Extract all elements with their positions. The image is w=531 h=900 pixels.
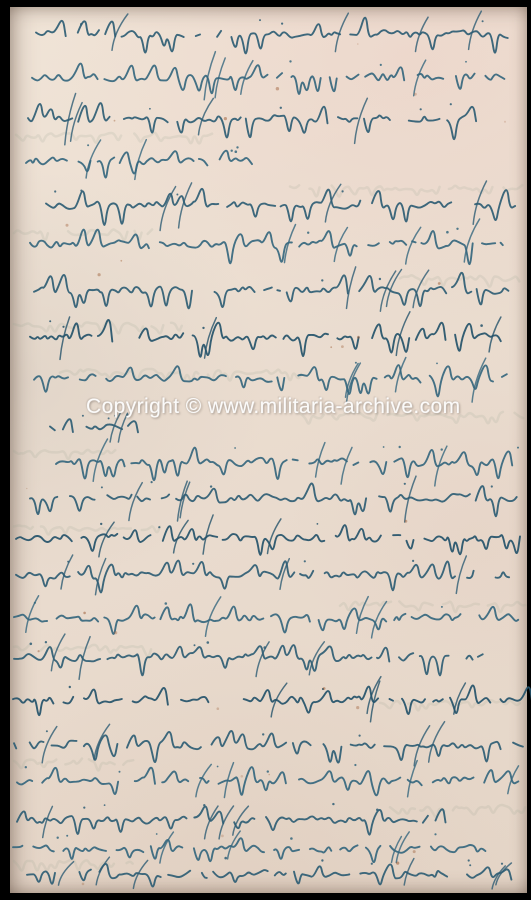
ink-dot xyxy=(341,345,344,348)
ink-dot xyxy=(263,646,266,649)
ink-dot xyxy=(236,146,238,148)
ink-dot xyxy=(280,107,282,109)
ink-dot xyxy=(235,150,238,153)
ink-dot xyxy=(80,190,82,192)
ink-dot xyxy=(359,735,361,737)
ink-dot xyxy=(446,231,449,234)
ink-stroke xyxy=(380,271,395,311)
ink-stroke xyxy=(473,181,486,224)
ink-stroke xyxy=(16,561,509,593)
ink-dot xyxy=(234,447,236,449)
ink-stroke xyxy=(50,419,138,432)
ink-stroke xyxy=(228,831,241,859)
ink-dot xyxy=(404,483,406,485)
ink-dot xyxy=(413,850,416,853)
ink-dot xyxy=(290,837,293,840)
ink-stroke xyxy=(309,642,324,675)
ink-dot xyxy=(87,144,89,146)
ink-dot xyxy=(399,446,401,448)
ink-dot xyxy=(83,807,85,809)
ink-dot xyxy=(501,863,503,865)
ink-dot xyxy=(330,346,332,348)
ink-dot xyxy=(434,833,436,835)
ink-dot xyxy=(100,523,102,525)
ink-dot xyxy=(158,526,160,528)
ink-dot xyxy=(25,766,27,768)
ink-dot xyxy=(517,447,519,449)
ink-stroke xyxy=(26,596,39,633)
ink-stroke xyxy=(129,483,142,521)
ink-stroke xyxy=(79,637,90,680)
ink-dot xyxy=(202,327,204,329)
ink-dot xyxy=(379,278,381,280)
ink-stroke xyxy=(135,140,147,180)
ink-dot xyxy=(156,833,158,835)
ink-dot xyxy=(268,774,270,776)
ink-dot xyxy=(465,61,467,63)
ink-stroke xyxy=(390,805,525,817)
ink-dot xyxy=(80,23,82,25)
ink-dot xyxy=(114,120,116,122)
ink-dot xyxy=(210,485,212,487)
ink-stroke xyxy=(219,806,233,839)
ink-dot xyxy=(26,488,27,489)
ink-stroke xyxy=(160,187,176,231)
ink-dot xyxy=(34,602,36,604)
ink-dot xyxy=(276,87,279,90)
ink-stroke xyxy=(32,64,504,94)
ink-dot xyxy=(380,64,382,66)
ink-dot xyxy=(66,835,68,837)
ink-dot xyxy=(49,320,51,322)
ink-dot xyxy=(203,804,205,806)
ink-dot xyxy=(241,775,244,778)
ink-stroke xyxy=(341,447,352,484)
ink-dot xyxy=(289,60,291,62)
ink-dot xyxy=(217,766,219,768)
ink-stroke xyxy=(46,189,515,225)
ink-dot xyxy=(69,686,71,688)
ink-dot xyxy=(66,224,69,227)
ink-stroke xyxy=(429,722,445,762)
ink-dot xyxy=(469,864,471,866)
ink-dot xyxy=(165,602,168,605)
ink-stroke xyxy=(17,806,446,834)
ink-dot xyxy=(82,883,85,886)
foxing-specks xyxy=(26,43,506,885)
ink-stroke xyxy=(203,515,213,554)
ink-dot xyxy=(82,415,84,417)
ink-dot xyxy=(441,448,443,450)
ink-dot xyxy=(262,733,264,735)
ink-dot xyxy=(62,326,64,328)
ink-dot xyxy=(304,560,306,562)
ink-dot xyxy=(323,687,326,690)
handwriting-ink-layer xyxy=(0,0,531,900)
ink-dot xyxy=(321,279,323,281)
ink-dot xyxy=(357,43,359,45)
letter-scan: Copyright © www.militaria-archive.com xyxy=(0,0,531,900)
ink-dot xyxy=(192,563,194,565)
ink-dot xyxy=(342,190,344,192)
ink-dot xyxy=(224,857,227,860)
ink-dot xyxy=(45,641,47,643)
ink-dot xyxy=(504,121,506,123)
ink-dot xyxy=(450,103,452,105)
ink-stroke xyxy=(340,601,525,612)
ink-dot xyxy=(221,835,224,838)
ink-dot xyxy=(57,837,59,839)
ink-stroke xyxy=(28,103,476,139)
ink-dot xyxy=(207,641,210,644)
ink-dot xyxy=(321,859,323,861)
ink-stroke xyxy=(199,98,214,134)
ink-dot xyxy=(114,631,117,634)
ink-dot xyxy=(217,707,220,710)
copyright-watermark: Copyright © www.militaria-archive.com xyxy=(86,395,461,419)
ink-dot xyxy=(317,523,319,525)
ink-dot xyxy=(436,363,438,365)
ink-dot xyxy=(151,481,153,483)
ink-dot xyxy=(176,194,178,196)
ink-stroke xyxy=(30,484,517,517)
ink-stroke xyxy=(14,604,518,634)
ink-dot xyxy=(332,803,334,805)
ink-dot xyxy=(30,643,33,646)
ink-dot xyxy=(119,771,121,773)
ink-dot xyxy=(120,260,122,262)
ink-dot xyxy=(414,93,417,96)
ink-stroke xyxy=(335,13,348,51)
ink-stroke xyxy=(14,526,160,535)
ink-dot xyxy=(98,273,101,276)
ink-dot xyxy=(371,863,373,865)
ink-dot xyxy=(412,560,414,562)
ink-stroke xyxy=(508,766,519,794)
ink-dot xyxy=(468,859,470,861)
ink-dot xyxy=(441,606,443,608)
ink-dot xyxy=(355,362,357,364)
ink-stroke xyxy=(14,322,182,334)
ink-stroke xyxy=(30,320,501,357)
ink-dot xyxy=(54,190,56,192)
ink-dot xyxy=(396,862,399,865)
ink-dot xyxy=(491,485,493,487)
ink-stroke xyxy=(14,759,133,771)
ink-dot xyxy=(149,108,151,110)
ink-stroke xyxy=(408,761,418,797)
ink-dot xyxy=(224,117,227,120)
ink-dot xyxy=(231,150,233,152)
ink-dot xyxy=(194,644,196,646)
ink-stroke xyxy=(206,597,221,636)
ink-dot xyxy=(438,282,441,285)
ink-stroke xyxy=(406,227,421,264)
ink-stroke xyxy=(59,862,74,885)
ink-stroke xyxy=(396,832,409,863)
ink-strokes xyxy=(13,11,531,889)
ink-stroke xyxy=(26,151,252,178)
ink-stroke xyxy=(14,731,523,763)
ink-stroke xyxy=(469,11,482,49)
ink-stroke xyxy=(36,18,508,54)
ink-dot xyxy=(259,19,261,21)
ink-dot xyxy=(83,612,86,615)
ink-dot xyxy=(46,730,48,732)
ink-stroke xyxy=(27,864,447,887)
ink-dot xyxy=(405,520,408,523)
ink-dot xyxy=(456,228,458,230)
ink-stroke xyxy=(16,133,212,144)
ink-dot xyxy=(354,764,356,766)
ink-dot xyxy=(281,23,283,25)
ink-stroke xyxy=(456,556,466,593)
ink-stroke xyxy=(14,645,483,675)
ink-dot xyxy=(67,561,69,563)
ink-dot xyxy=(480,324,483,327)
ink-dot xyxy=(356,706,359,709)
ink-stroke xyxy=(34,365,507,396)
ink-dot xyxy=(101,486,103,488)
ink-dot xyxy=(482,20,484,22)
ink-dot xyxy=(267,770,269,772)
ink-dot xyxy=(420,108,422,110)
ink-dot xyxy=(307,232,309,234)
ink-stroke xyxy=(380,700,520,710)
ink-dot xyxy=(383,446,385,448)
ink-dot xyxy=(38,650,40,652)
ink-dot xyxy=(376,809,379,812)
ink-dot xyxy=(104,804,106,806)
ink-dot xyxy=(357,336,360,339)
ink-stroke xyxy=(61,555,73,589)
